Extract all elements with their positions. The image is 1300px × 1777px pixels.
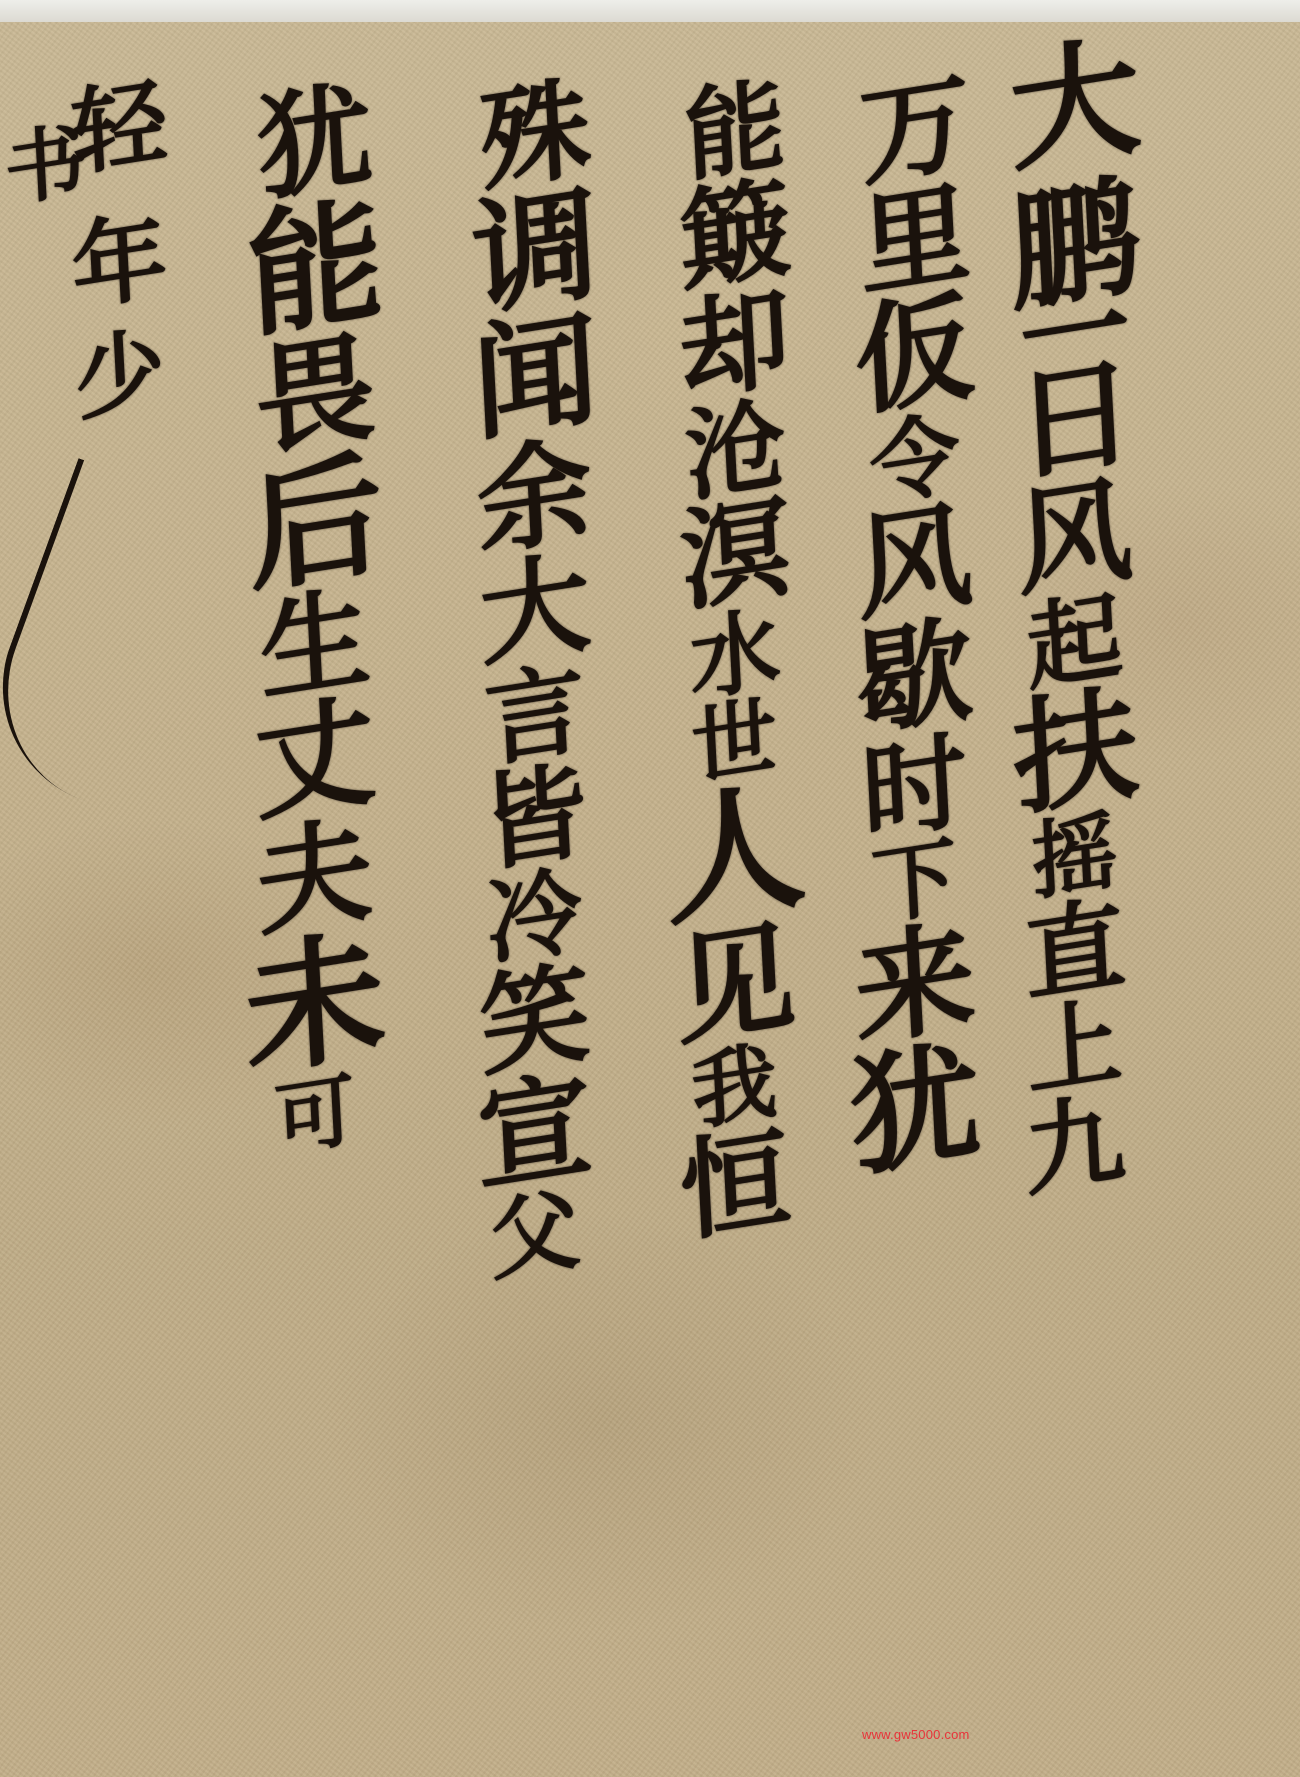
glyph: 大 [1007,30,1144,180]
site-watermark: www.gw5000.com [862,1727,970,1742]
glyph: 见 [672,916,798,1054]
calligraphy-column-1: 大 鹏 一 日 风 起 扶 摇 直 上 九 [1000,40,1150,1195]
glyph: 可 [273,1069,357,1161]
glyph: 书 [3,119,87,211]
calligraphy-column-7: 书 [10,125,80,205]
glyph: 仮 [852,286,978,424]
glyph: 父 [488,1183,583,1287]
glyph: 年 [70,208,170,317]
calligraphy-column-4: 殊 调 闻 余 大 言 皆 冷 笑 宣 父 [445,80,625,1280]
glyph: 犹 [847,1035,984,1185]
glyph: 未 [241,924,388,1085]
scroll-mount-edge [0,0,1300,22]
calligraphy-column-5: 犹 能 畏 后 生 丈 夫 未 可 [225,85,405,1155]
glyph: 扶 [1009,681,1140,825]
calligraphy-column-3: 能 簸 却 沧 溟 水 世 人 见 我 恒 [650,80,820,1240]
glyph: 少 [73,323,168,427]
calligraphy-column-2: 万 里 仮 令 风 歇 时 下 来 犹 [840,75,990,1175]
glyph: 恒 [677,1122,793,1249]
glyph: 九 [1022,1087,1127,1202]
